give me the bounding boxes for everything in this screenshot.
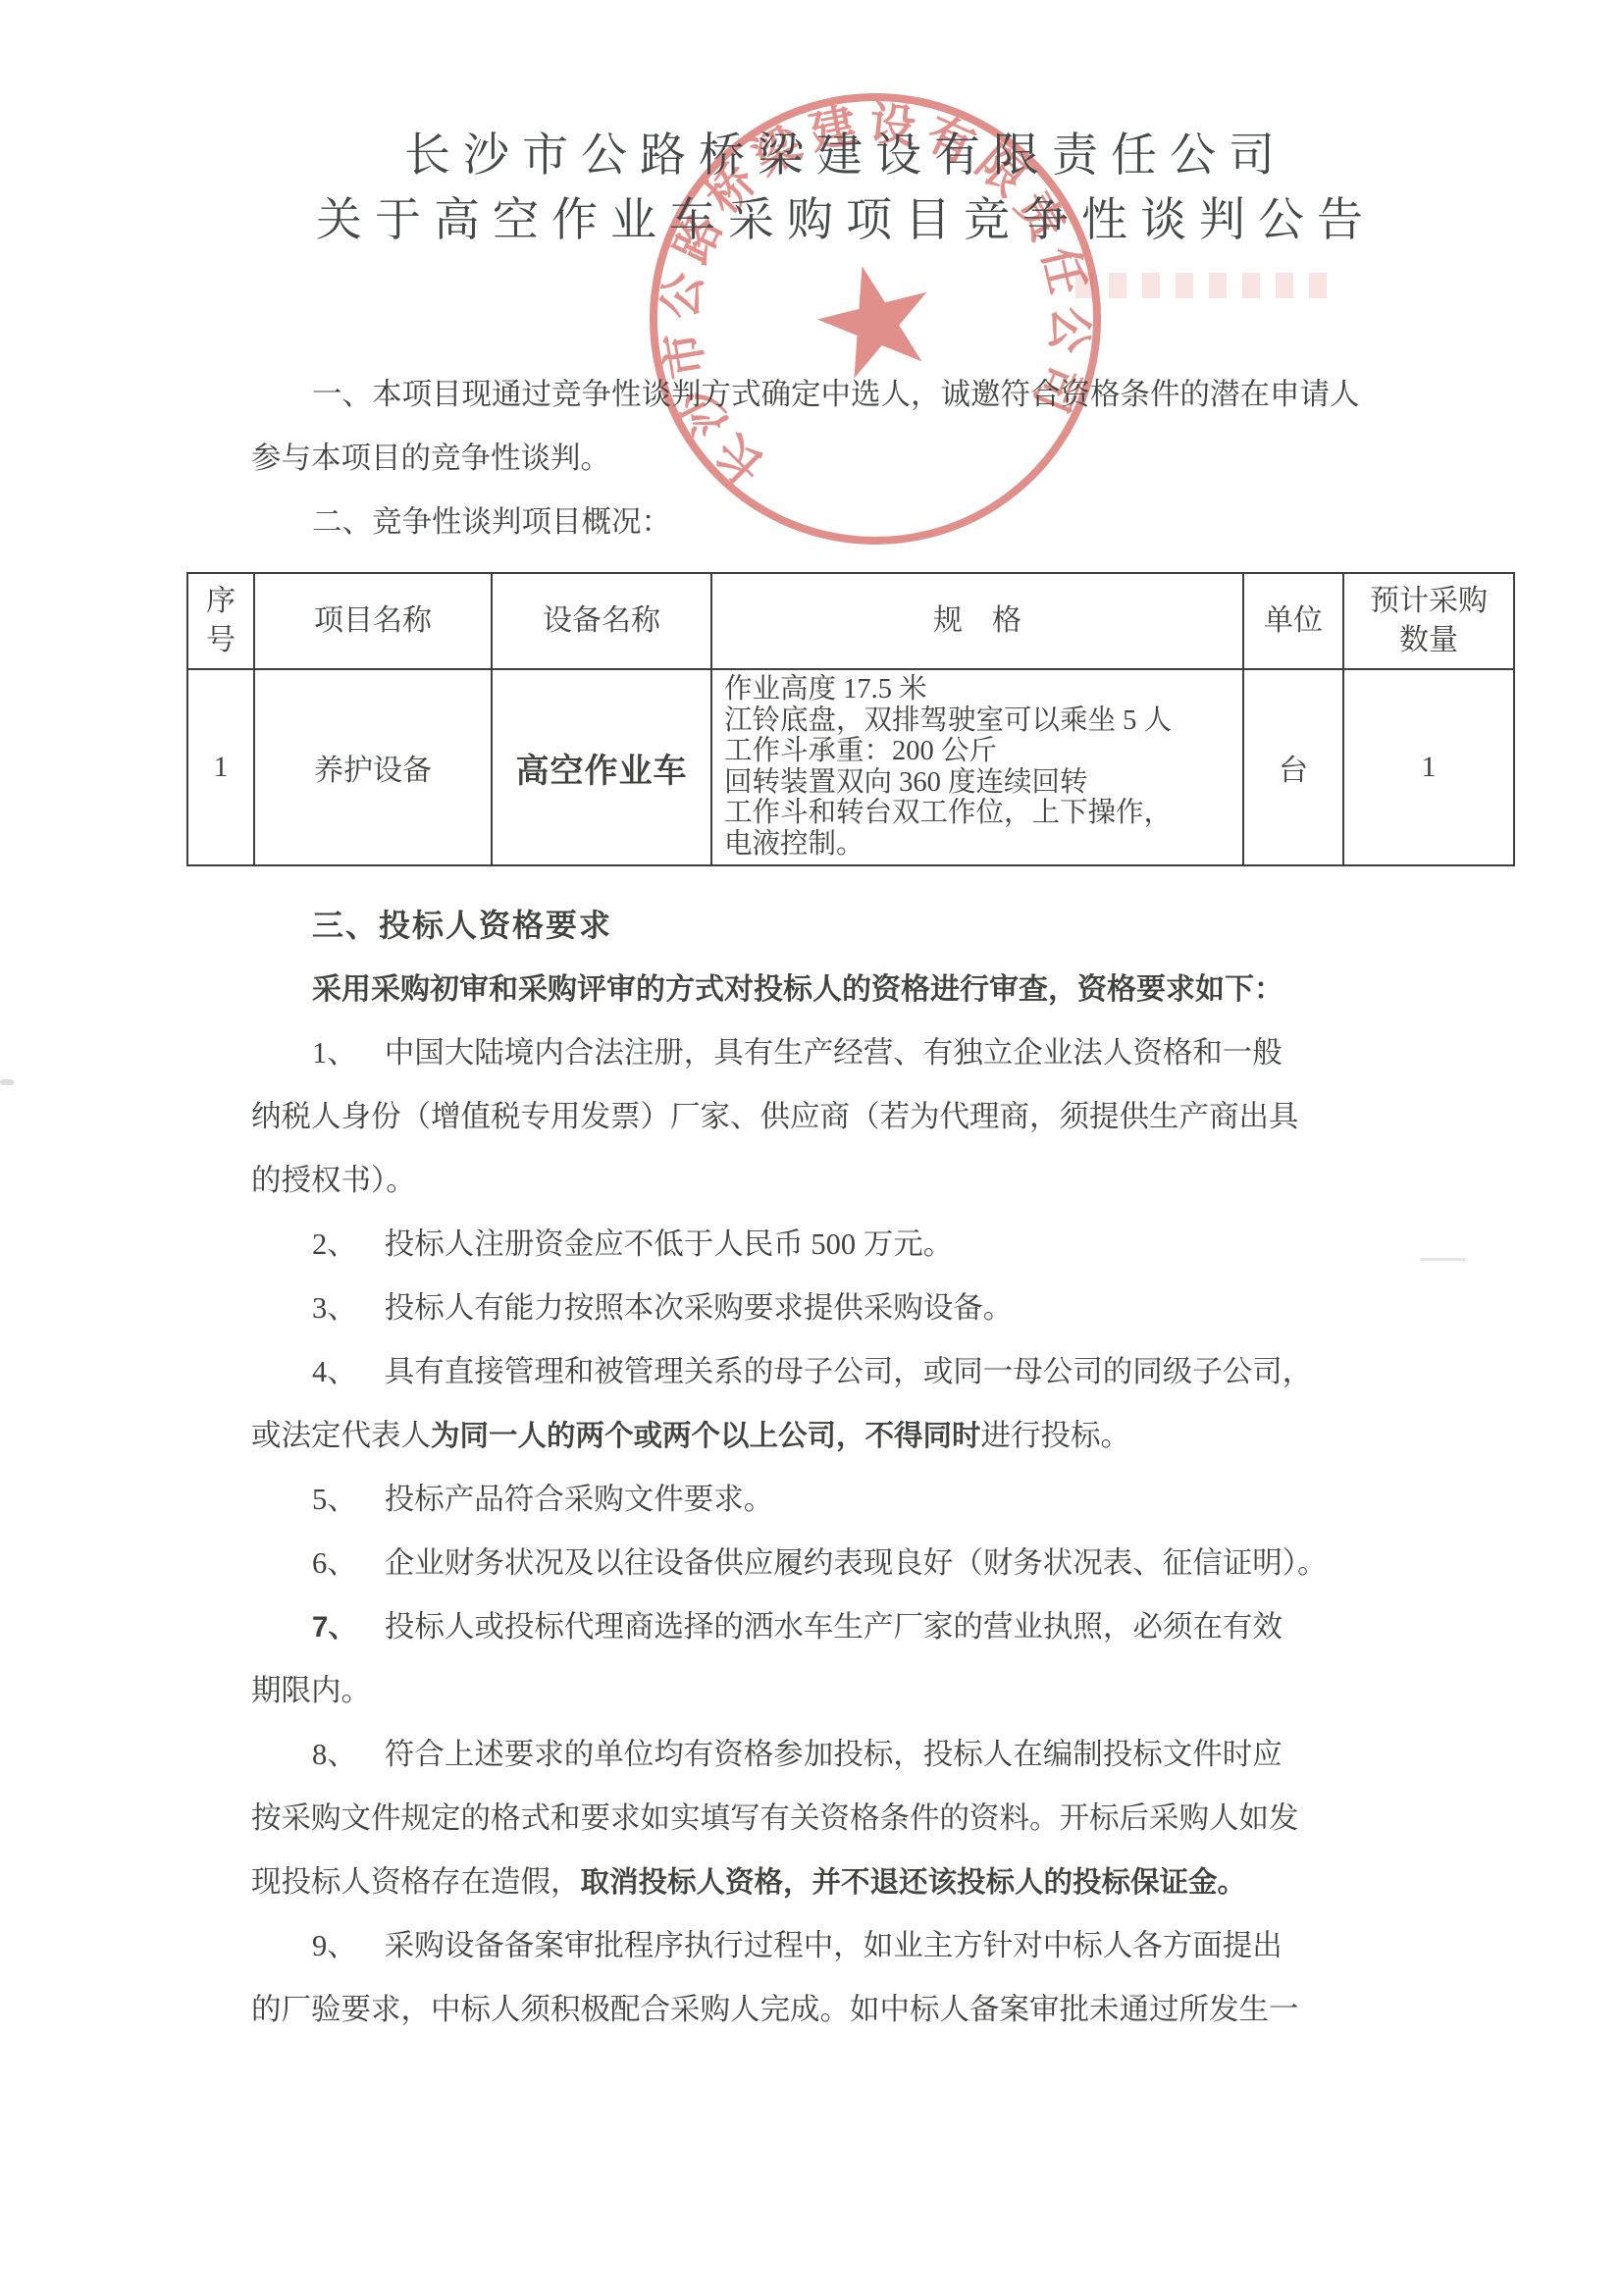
header-seq: 序号 xyxy=(187,573,254,669)
item-text-bold: 为同一人的两个或两个以上公司，不得同时 xyxy=(431,1420,981,1452)
requirement-line-2: 2、投标人注册资金应不低于人民币 500 万元。 xyxy=(251,1213,1395,1277)
item-text-bold: 取消投标人资格，并不退还该投标人的投标保证金。 xyxy=(581,1866,1247,1899)
document-page: 长沙市公路桥梁建设有限责任公司 ★ 长沙市公路桥梁建设有限责任公司 关于高空作业… xyxy=(0,0,1623,2296)
requirement-line-4: 4、具有直接管理和被管理关系的母子公司，或同一母公司的同级子公司， xyxy=(251,1340,1395,1404)
item-text: 投标人有能力按照本次采购要求提供采购设备。 xyxy=(385,1291,1014,1325)
header-seq-label: 序号 xyxy=(204,582,237,660)
item-text: 具有直接管理和被管理关系的母子公司，或同一母公司的同级子公司， xyxy=(385,1355,1313,1388)
item-text: 投标人注册资金应不低于人民币 500 万元。 xyxy=(385,1227,954,1261)
requirement-line-7: 7、投标人或投标代理商选择的洒水车生产厂家的营业执照，必须在有效 xyxy=(251,1595,1395,1659)
spec-line: 江铃底盘，双排驾驶室可以乘坐 5 人 xyxy=(724,705,1236,737)
cell-seq: 1 xyxy=(187,669,254,865)
item-number: 5、 xyxy=(312,1483,357,1516)
item-number: 7、 xyxy=(312,1611,357,1644)
item-text: 中国大陆境内合法注册，具有生产经营、有独立企业法人资格和一般 xyxy=(385,1036,1283,1070)
requirements-heading: 三、投标人资格要求 xyxy=(251,894,1395,958)
item-text: 符合上述要求的单位均有资格参加投标，投标人在编制投标文件时应 xyxy=(385,1738,1283,1771)
item-text: 或法定代表人 xyxy=(251,1419,431,1452)
requirement-line-4-cont: 或法定代表人为同一人的两个或两个以上公司，不得同时进行投标。 xyxy=(251,1404,1395,1468)
header-qty-line1: 预计采购 xyxy=(1344,582,1513,621)
item-number: 3、 xyxy=(312,1291,357,1325)
item-number: 2、 xyxy=(312,1227,357,1261)
requirement-line-8: 8、符合上述要求的单位均有资格参加投标，投标人在编制投标文件时应 xyxy=(251,1723,1395,1787)
requirement-line-8-cont: 现投标人资格存在造假，取消投标人资格，并不退还该投标人的投标保证金。 xyxy=(251,1851,1395,1914)
header-spec: 规 格 xyxy=(711,573,1243,669)
item-number: 1、 xyxy=(312,1036,357,1070)
requirement-line-1-cont: 纳税人身份（增值税专用发票）厂家、供应商（若为代理商，须提供生产商出具 xyxy=(251,1085,1395,1149)
equipment-name: 高空作业车 xyxy=(516,753,688,790)
item-text: 纳税人身份（增值税专用发票）厂家、供应商（若为代理商，须提供生产商出具 xyxy=(251,1100,1299,1133)
requirement-line-5: 5、投标产品符合采购文件要求。 xyxy=(251,1468,1395,1532)
requirement-line-1-cont: 的授权书）。 xyxy=(251,1149,1395,1213)
spec-line: 工作斗承重：200 公斤 xyxy=(724,736,1236,767)
title-company-line: 长沙市公路桥梁建设有限责任公司 xyxy=(186,124,1505,188)
title-announcement-line: 关于高空作业车采购项目竞争性谈判公告 xyxy=(186,188,1505,253)
cell-spec: 作业高度 17.5 米 江铃底盘，双排驾驶室可以乘坐 5 人 工作斗承重：200… xyxy=(711,669,1243,865)
requirement-line-7-cont: 期限内。 xyxy=(251,1659,1395,1723)
item-text: 企业财务状况及以往设备供应履约表现良好（财务状况表、征信证明）。 xyxy=(385,1546,1328,1580)
requirement-line-1: 1、中国大陆境内合法注册，具有生产经营、有独立企业法人资格和一般 xyxy=(251,1021,1395,1085)
table-header-row: 序号 项目名称 设备名称 规 格 单位 预计采购 数量 xyxy=(187,573,1514,669)
paragraph-two: 二、竞争性谈判项目概况： xyxy=(251,491,1395,554)
document-content: 长沙市公路桥梁建设有限责任公司 关于高空作业车采购项目竞争性谈判公告 一、本项目… xyxy=(0,0,1623,2042)
header-qty-line2: 数量 xyxy=(1344,621,1513,660)
item-text: 按采购文件规定的格式和要求如实填写有关资格条件的资料。开标后采购人如发 xyxy=(251,1801,1299,1835)
item-number: 9、 xyxy=(312,1929,357,1962)
paragraph-one-line1: 一、本项目现通过竞争性谈判方式确定中选人，诚邀符合资格条件的潜在申请人 xyxy=(251,363,1395,427)
paragraph-one-line2: 参与本项目的竞争性谈判。 xyxy=(251,427,1395,491)
header-unit: 单位 xyxy=(1243,573,1343,669)
item-text: 采购设备备案审批程序执行过程中，如业主方针对中标人各方面提出 xyxy=(385,1929,1283,1962)
opening-paragraphs: 一、本项目现通过竞争性谈判方式确定中选人，诚邀符合资格条件的潜在申请人 参与本项… xyxy=(251,363,1395,554)
requirement-line-6: 6、企业财务状况及以往设备供应履约表现良好（财务状况表、征信证明）。 xyxy=(251,1532,1395,1595)
item-text: 进行投标。 xyxy=(981,1419,1131,1452)
spec-line: 电液控制。 xyxy=(724,829,1236,861)
item-number: 8、 xyxy=(312,1738,357,1771)
requirement-line-8-cont: 按采购文件规定的格式和要求如实填写有关资格条件的资料。开标后采购人如发 xyxy=(251,1787,1395,1851)
requirement-line-3: 3、投标人有能力按照本次采购要求提供采购设备。 xyxy=(251,1277,1395,1340)
requirement-line-9: 9、采购设备备案审批程序执行过程中，如业主方针对中标人各方面提出 xyxy=(251,1914,1395,1978)
document-title: 长沙市公路桥梁建设有限责任公司 关于高空作业车采购项目竞争性谈判公告 xyxy=(186,124,1505,253)
item-number: 6、 xyxy=(312,1546,357,1580)
spec-line: 回转装置双向 360 度连续回转 xyxy=(724,767,1236,799)
requirement-line-9-cont: 的厂验要求，中标人须积极配合采购人完成。如中标人备案审批未通过所发生一 xyxy=(251,1978,1395,2042)
spec-line: 作业高度 17.5 米 xyxy=(724,674,1236,705)
requirements-intro: 采用采购初审和采购评审的方式对投标人的资格进行审查，资格要求如下： xyxy=(251,958,1395,1021)
item-text: 的厂验要求，中标人须积极配合采购人完成。如中标人备案审批未通过所发生一 xyxy=(251,1993,1299,2026)
item-text: 投标产品符合采购文件要求。 xyxy=(385,1483,774,1516)
header-equipment: 设备名称 xyxy=(492,573,711,669)
header-project: 项目名称 xyxy=(254,573,492,669)
cell-unit: 台 xyxy=(1243,669,1343,865)
item-text: 的授权书）。 xyxy=(251,1164,416,1197)
project-overview-table: 序号 项目名称 设备名称 规 格 单位 预计采购 数量 1 养护设备 高空作业车… xyxy=(186,572,1515,866)
item-text: 期限内。 xyxy=(251,1674,371,1707)
cell-qty: 1 xyxy=(1343,669,1514,865)
cell-equipment: 高空作业车 xyxy=(492,669,711,865)
cell-project: 养护设备 xyxy=(254,669,492,865)
item-text: 投标人或投标代理商选择的洒水车生产厂家的营业执照，必须在有效 xyxy=(385,1610,1283,1644)
requirements-section: 三、投标人资格要求 采用采购初审和采购评审的方式对投标人的资格进行审查，资格要求… xyxy=(251,894,1395,2042)
header-qty: 预计采购 数量 xyxy=(1343,573,1514,669)
spec-line: 工作斗和转台双工作位，上下操作， xyxy=(724,798,1236,829)
item-text: 现投标人资格存在造假， xyxy=(251,1865,581,1899)
table-row: 1 养护设备 高空作业车 作业高度 17.5 米 江铃底盘，双排驾驶室可以乘坐 … xyxy=(187,669,1514,865)
item-number: 4、 xyxy=(312,1355,357,1388)
